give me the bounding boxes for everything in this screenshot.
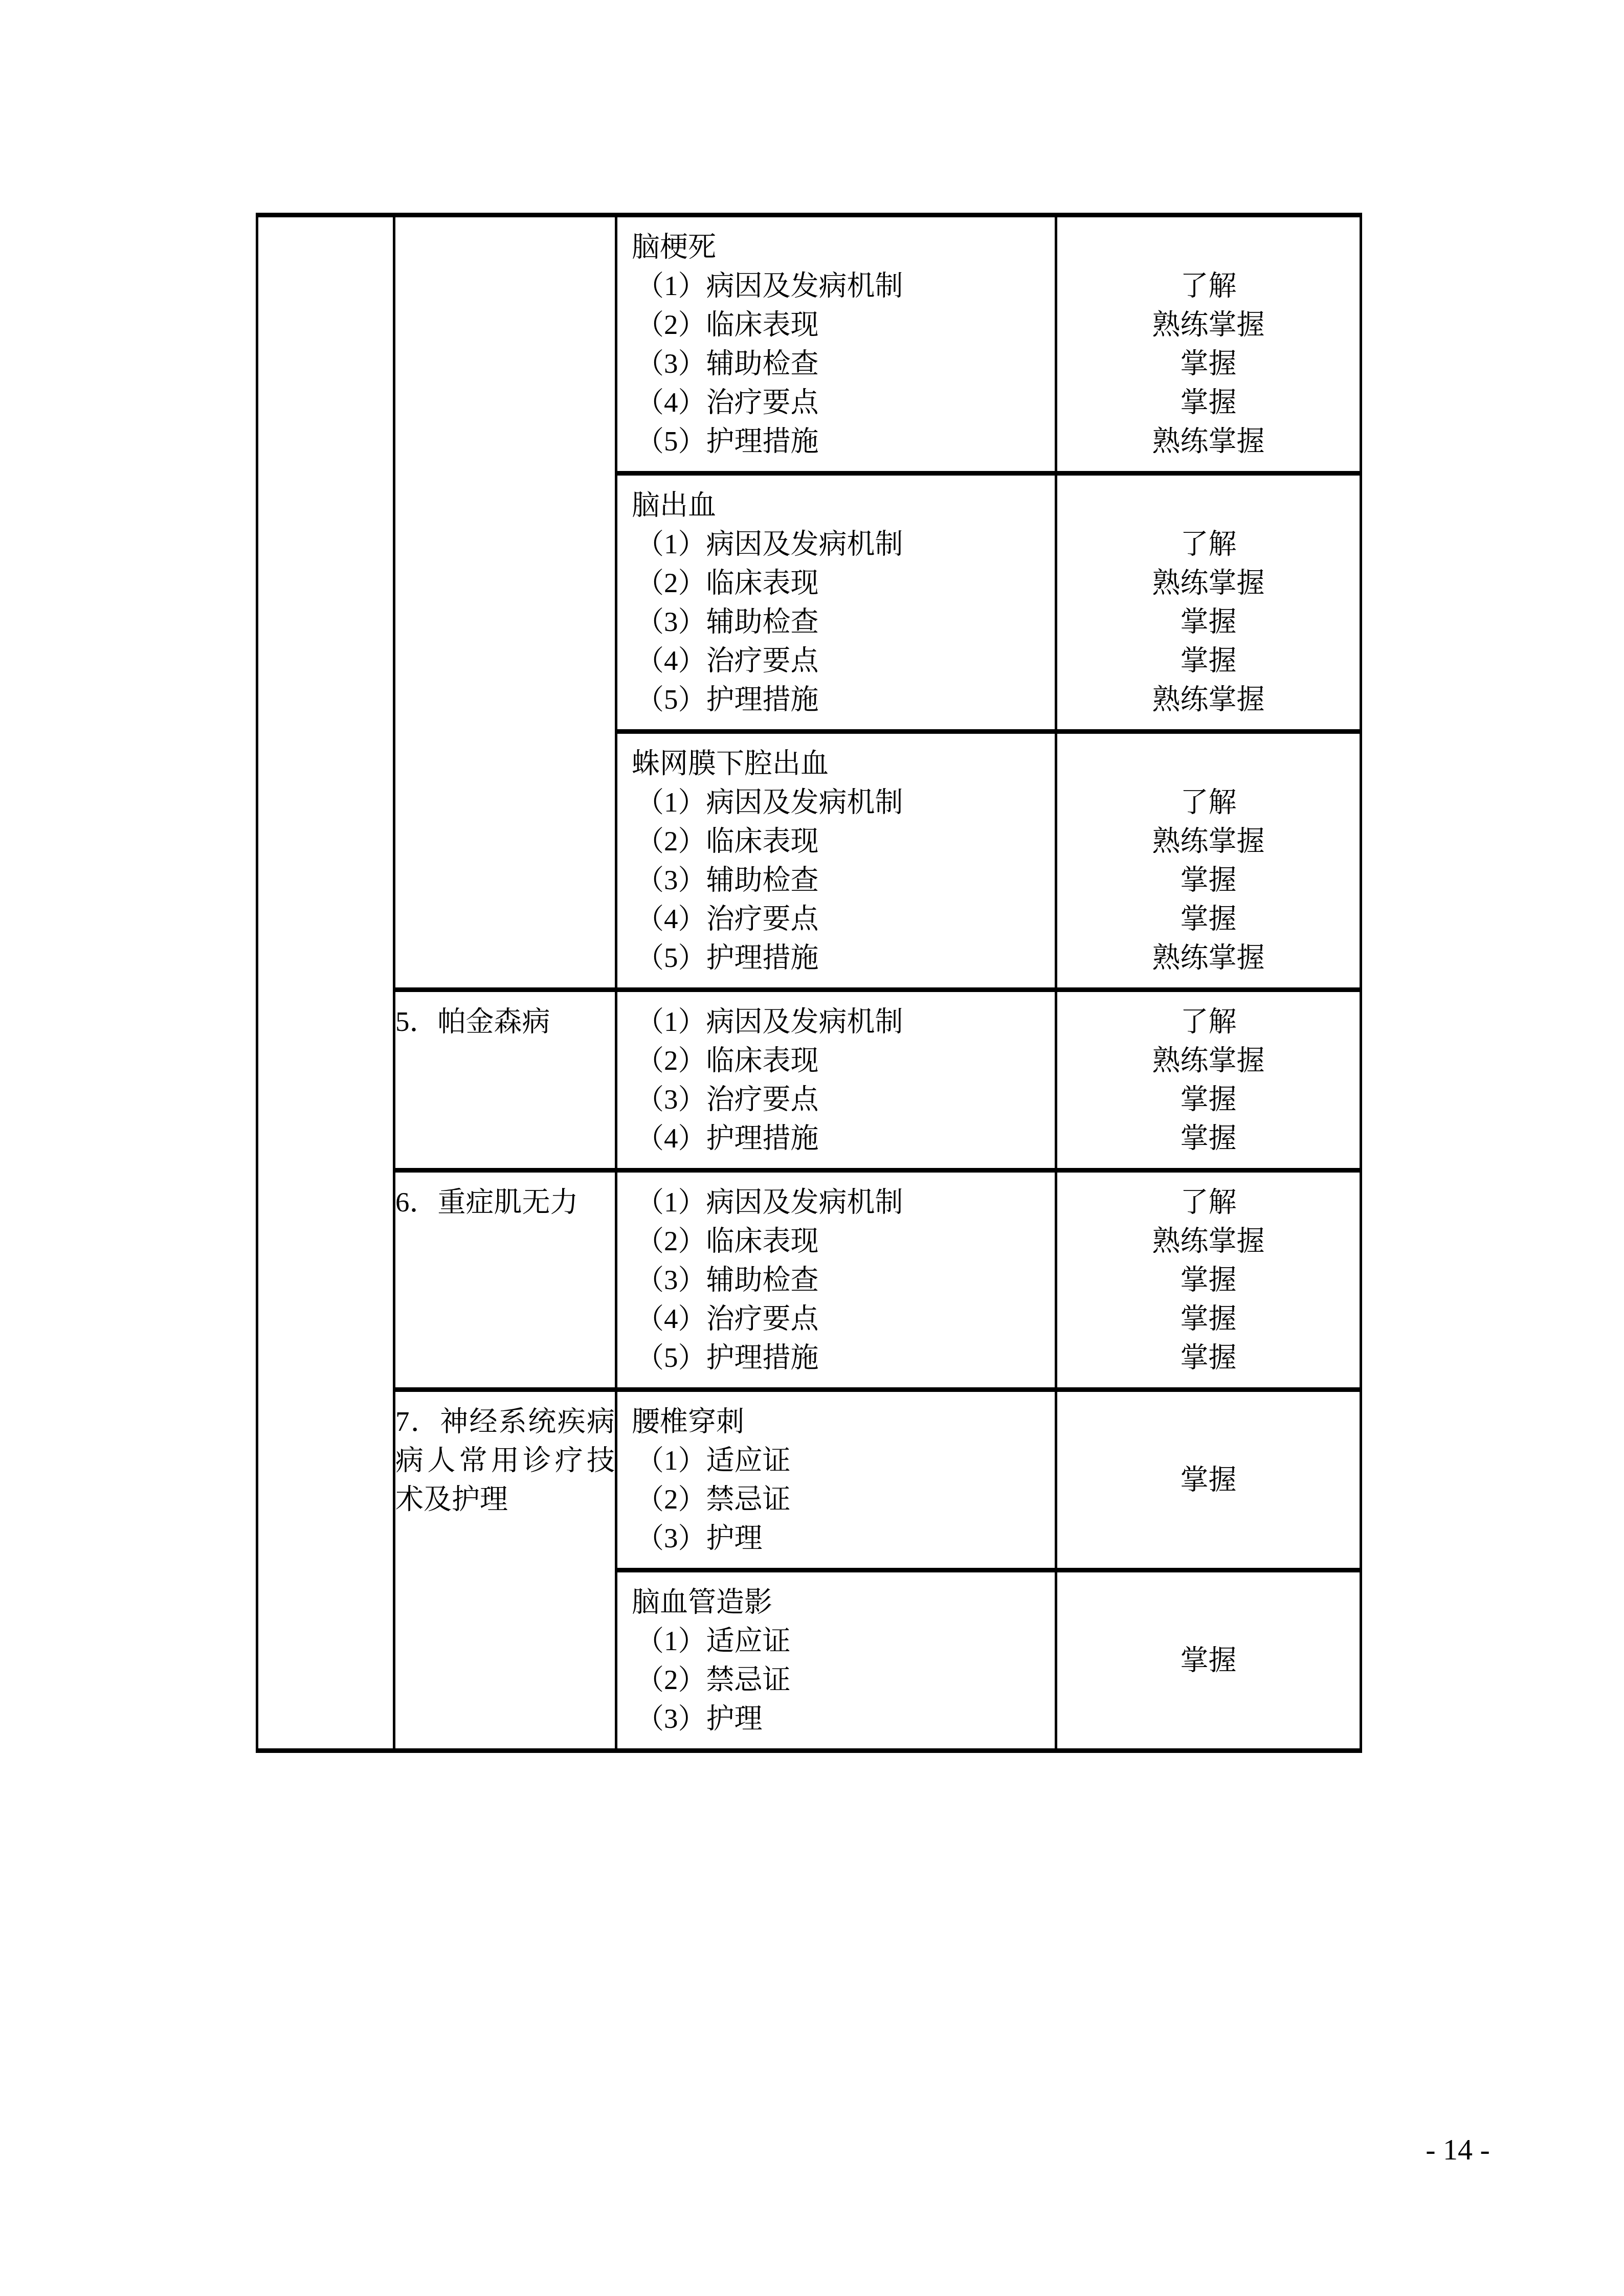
item-mastery: 掌握 <box>1057 1119 1360 1158</box>
mastery-cell: 掌握 <box>1056 1390 1361 1570</box>
item-mastery: 熟练掌握 <box>1057 1041 1360 1080</box>
item-label: （3）辅助检查 <box>617 602 1055 641</box>
item-mastery: 掌握 <box>1057 1260 1360 1299</box>
section-title: 脑梗死 <box>617 228 1055 266</box>
mastery-cell: 掌握 <box>1056 1570 1361 1751</box>
row-lumbar-puncture: 7．神经系统疾病病人常用诊疗技术及护理 腰椎穿刺 （1）适应证 （2）禁忌证 （… <box>257 1390 1361 1570</box>
item-label: （4）治疗要点 <box>617 899 1055 938</box>
item-label: （3）辅助检查 <box>617 1260 1055 1299</box>
item-label: （4）护理措施 <box>617 1119 1055 1158</box>
item-mastery: 掌握 <box>1057 1460 1360 1499</box>
left-spanning-cell <box>257 215 394 1751</box>
section-title: 脑出血 <box>617 486 1055 525</box>
mastery-cell: 了解 熟练掌握 掌握 掌握 熟练掌握 <box>1056 732 1361 990</box>
document-page: 脑梗死 （1）病因及发病机制 （2）临床表现 （3）辅助检查 （4）治疗要点 （… <box>0 0 1624 2296</box>
item-label: （2）临床表现 <box>617 822 1055 861</box>
item-label: （1）病因及发病机制 <box>617 525 1055 564</box>
item-label: （3）治疗要点 <box>617 1080 1055 1119</box>
mastery-cell: 了解 熟练掌握 掌握 掌握 熟练掌握 <box>1056 474 1361 732</box>
item-label: （3）护理 <box>617 1699 1055 1738</box>
details-cell: （1）病因及发病机制 （2）临床表现 （3）治疗要点 （4）护理措施 <box>616 990 1056 1170</box>
content-table: 脑梗死 （1）病因及发病机制 （2）临床表现 （3）辅助检查 （4）治疗要点 （… <box>256 213 1362 1753</box>
mastery-spacer <box>1057 744 1360 783</box>
item-label: （1）病因及发病机制 <box>617 1183 1055 1222</box>
item-mastery: 熟练掌握 <box>1057 938 1360 977</box>
item-mastery: 掌握 <box>1057 1338 1360 1377</box>
item-label: （2）临床表现 <box>617 564 1055 602</box>
item-label: （1）适应证 <box>617 1622 1055 1660</box>
item-label: （2）临床表现 <box>617 1041 1055 1080</box>
row-cerebral-infarction: 脑梗死 （1）病因及发病机制 （2）临床表现 （3）辅助检查 （4）治疗要点 （… <box>257 215 1361 474</box>
topic-cell-continued <box>394 215 616 990</box>
item-label: （3）辅助检查 <box>617 344 1055 383</box>
section-title: 腰椎穿刺 <box>617 1402 1055 1441</box>
item-label: （3）护理 <box>617 1519 1055 1558</box>
item-mastery: 掌握 <box>1057 1080 1360 1119</box>
details-cell: （1）病因及发病机制 （2）临床表现 （3）辅助检查 （4）治疗要点 （5）护理… <box>616 1170 1056 1390</box>
item-label: （4）治疗要点 <box>617 383 1055 422</box>
item-label: （2）临床表现 <box>617 1222 1055 1260</box>
item-label: （4）治疗要点 <box>617 641 1055 680</box>
item-mastery: 掌握 <box>1057 383 1360 422</box>
item-mastery: 了解 <box>1057 525 1360 564</box>
item-label: （3）辅助检查 <box>617 861 1055 899</box>
item-mastery: 熟练掌握 <box>1057 305 1360 344</box>
details-cell: 脑梗死 （1）病因及发病机制 （2）临床表现 （3）辅助检查 （4）治疗要点 （… <box>616 215 1056 474</box>
item-label: （5）护理措施 <box>617 938 1055 977</box>
item-label: （5）护理措施 <box>617 1338 1055 1377</box>
mastery-cell: 了解 熟练掌握 掌握 掌握 <box>1056 990 1361 1170</box>
section-title: 脑血管造影 <box>617 1583 1055 1622</box>
item-label: （1）病因及发病机制 <box>617 266 1055 305</box>
item-label: （4）治疗要点 <box>617 1299 1055 1338</box>
item-mastery: 熟练掌握 <box>1057 1222 1360 1260</box>
item-mastery: 熟练掌握 <box>1057 822 1360 861</box>
item-mastery: 了解 <box>1057 266 1360 305</box>
mastery-spacer <box>1057 228 1360 266</box>
item-mastery: 掌握 <box>1057 602 1360 641</box>
item-mastery: 掌握 <box>1057 1299 1360 1338</box>
item-label: （5）护理措施 <box>617 422 1055 461</box>
mastery-cell: 了解 熟练掌握 掌握 掌握 掌握 <box>1056 1170 1361 1390</box>
item-mastery: 了解 <box>1057 1002 1360 1041</box>
row-parkinson-disease: 5．帕金森病 （1）病因及发病机制 （2）临床表现 （3）治疗要点 （4）护理措… <box>257 990 1361 1170</box>
section-title: 蛛网膜下腔出血 <box>617 744 1055 783</box>
item-mastery: 熟练掌握 <box>1057 564 1360 602</box>
item-mastery: 掌握 <box>1057 899 1360 938</box>
details-cell: 蛛网膜下腔出血 （1）病因及发病机制 （2）临床表现 （3）辅助检查 （4）治疗… <box>616 732 1056 990</box>
item-mastery: 掌握 <box>1057 861 1360 899</box>
mastery-spacer <box>1057 486 1360 525</box>
item-label: （1）适应证 <box>617 1441 1055 1480</box>
page-number: - 14 - <box>1426 2131 1490 2168</box>
item-mastery: 熟练掌握 <box>1057 680 1360 719</box>
mastery-cell: 了解 熟练掌握 掌握 掌握 熟练掌握 <box>1056 215 1361 474</box>
topic-cell: 6．重症肌无力 <box>394 1170 616 1390</box>
item-label: （2）临床表现 <box>617 305 1055 344</box>
item-label: （1）病因及发病机制 <box>617 1002 1055 1041</box>
item-label: （2）禁忌证 <box>617 1480 1055 1519</box>
row-myasthenia-gravis: 6．重症肌无力 （1）病因及发病机制 （2）临床表现 （3）辅助检查 （4）治疗… <box>257 1170 1361 1390</box>
details-cell: 腰椎穿刺 （1）适应证 （2）禁忌证 （3）护理 <box>616 1390 1056 1570</box>
item-label: （1）病因及发病机制 <box>617 783 1055 822</box>
topic-cell: 7．神经系统疾病病人常用诊疗技术及护理 <box>394 1390 616 1751</box>
item-mastery: 了解 <box>1057 783 1360 822</box>
item-mastery: 掌握 <box>1057 344 1360 383</box>
item-mastery: 掌握 <box>1057 641 1360 680</box>
item-label: （5）护理措施 <box>617 680 1055 719</box>
topic-cell: 5．帕金森病 <box>394 990 616 1170</box>
details-cell: 脑出血 （1）病因及发病机制 （2）临床表现 （3）辅助检查 （4）治疗要点 （… <box>616 474 1056 732</box>
item-label: （2）禁忌证 <box>617 1660 1055 1699</box>
item-mastery: 了解 <box>1057 1183 1360 1222</box>
item-mastery: 熟练掌握 <box>1057 422 1360 461</box>
item-mastery: 掌握 <box>1057 1641 1360 1680</box>
details-cell: 脑血管造影 （1）适应证 （2）禁忌证 （3）护理 <box>616 1570 1056 1751</box>
